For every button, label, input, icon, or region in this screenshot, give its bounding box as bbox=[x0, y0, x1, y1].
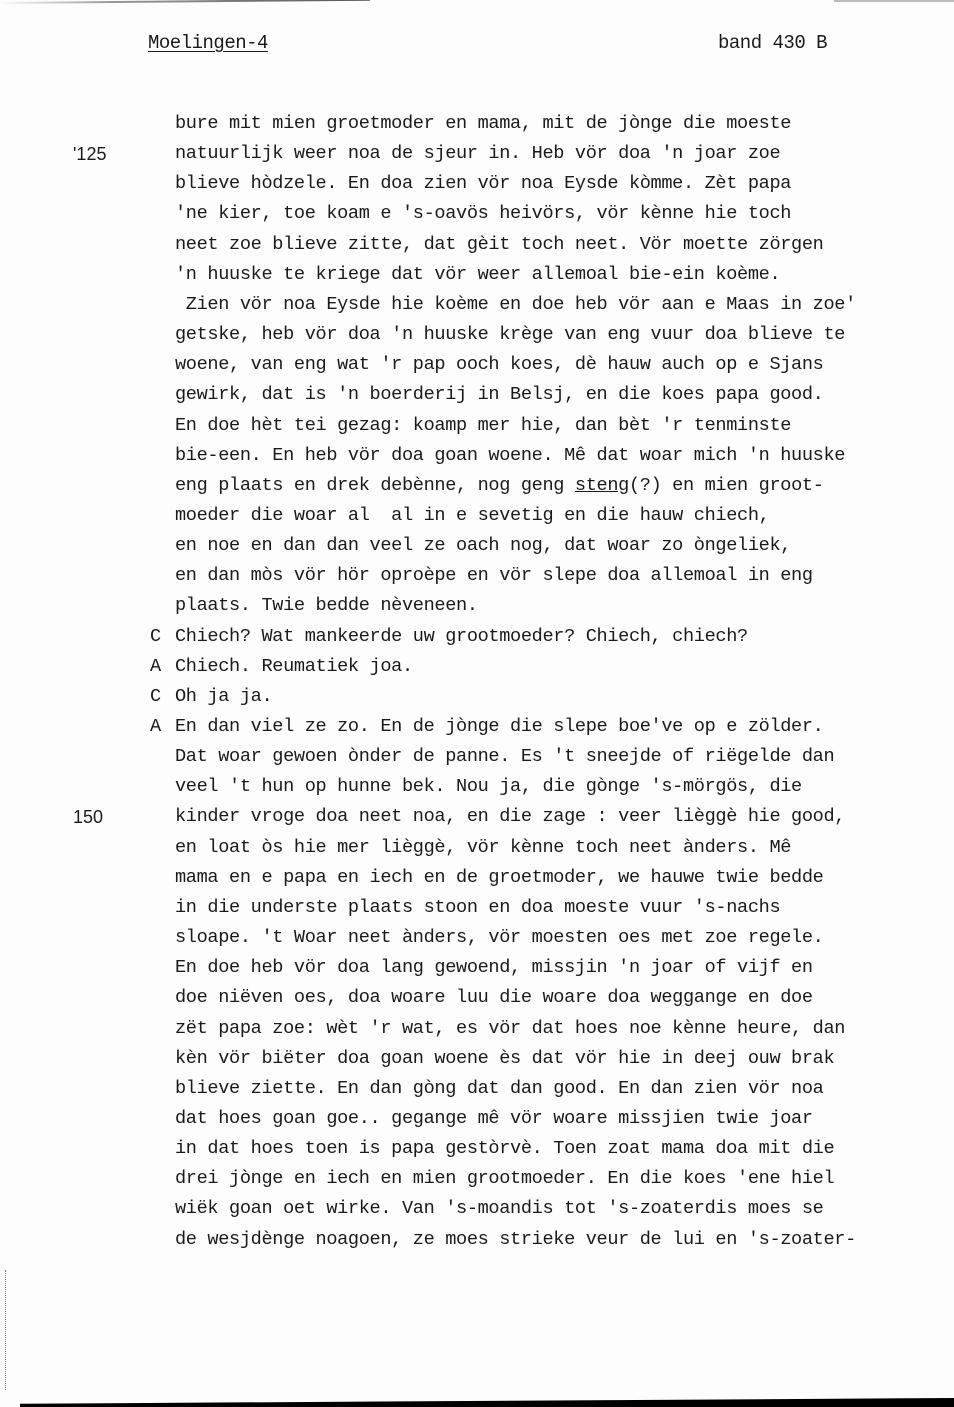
scan-artifact-bottom-bar bbox=[20, 1398, 954, 1407]
transcript-line: mama en e papa en iech en de groetmoder,… bbox=[175, 867, 824, 889]
transcript-line: en loat òs hie mer lièggè, vör kènne toc… bbox=[175, 837, 791, 859]
transcript-line: kèn vör biëter doa goan woene ès dat vör… bbox=[175, 1048, 834, 1070]
transcript-line: en noe en dan dan veel ze oach nog, dat … bbox=[175, 535, 791, 557]
speaker-label: A bbox=[150, 656, 161, 678]
transcript-line: Chiech? Wat mankeerde uw grootmoeder? Ch… bbox=[175, 626, 748, 648]
transcript-line: dat hoes goan goe.. gegange mê vör woare… bbox=[175, 1108, 813, 1130]
transcript-line: Dat woar gewoen ònder de panne. Es 't sn… bbox=[175, 746, 834, 768]
transcript-line: zët papa zoe: wèt 'r wat, es vör dat hoe… bbox=[175, 1018, 845, 1040]
transcript-line: in dat hoes toen is papa gestòrvè. Toen … bbox=[175, 1138, 834, 1160]
document-title: Moelingen-4 bbox=[148, 32, 268, 54]
transcript-line: woene, van eng wat 'r pap ooch koes, dè … bbox=[175, 354, 824, 376]
speaker-label: C bbox=[150, 626, 161, 648]
margin-line-number: '125 bbox=[73, 143, 106, 165]
margin-line-number: 150 bbox=[73, 806, 103, 828]
scan-artifact-left bbox=[5, 1270, 8, 1390]
transcript-line: Zien vör noa Eysde hie koème en doe heb … bbox=[175, 294, 856, 316]
transcript-line: Chiech. Reumatiek joa. bbox=[175, 656, 413, 678]
line-text: eng plaats en drek debènne, nog geng bbox=[175, 475, 575, 496]
transcript-line: bie-een. En heb vör doa goan woene. Mê d… bbox=[175, 445, 845, 467]
transcript-line: moeder die woar al al in e sevetig en di… bbox=[175, 505, 769, 527]
transcript-line: neet zoe blieve zitte, dat gèit toch nee… bbox=[175, 234, 824, 256]
line-text: (?) en mien groot- bbox=[629, 475, 824, 496]
transcript-line: doe niëven oes, doa woare luu die woare … bbox=[175, 987, 813, 1009]
transcript-line: en dan mòs vör hör oproèpe en vör slepe … bbox=[175, 565, 813, 587]
speaker-label: A bbox=[150, 716, 161, 738]
transcript-line: natuurlijk weer noa de sjeur in. Heb vör… bbox=[175, 143, 780, 165]
transcript-line: eng plaats en drek debènne, nog geng ste… bbox=[175, 475, 824, 497]
transcript-line: En doe hèt tei gezag: koamp mer hie, dan… bbox=[175, 415, 791, 437]
speaker-label: C bbox=[150, 686, 161, 708]
transcript-line: getske, heb vör doa 'n huuske krège van … bbox=[175, 324, 845, 346]
transcript-line: wiëk goan oet wirke. Van 's-moandis tot … bbox=[175, 1198, 824, 1220]
transcript-line: blieve hòdzele. En doa zien vör noa Eysd… bbox=[175, 173, 791, 195]
transcript-line: plaats. Twie bedde nèveneen. bbox=[175, 595, 478, 617]
transcript-line: kinder vroge doa neet noa, en die zage :… bbox=[175, 806, 845, 828]
transcript-line: veel 't hun op hunne bek. Nou ja, die gò… bbox=[175, 776, 802, 798]
document-page: Moelingen-4 band 430 B bure mit mien gro… bbox=[0, 0, 954, 1407]
transcript-line: 'n huuske te kriege dat vör weer allemoa… bbox=[175, 264, 780, 286]
transcript-line: bure mit mien groetmoder en mama, mit de… bbox=[175, 113, 791, 135]
transcript-line: sloape. 't Woar neet ànders, vör moesten… bbox=[175, 927, 824, 949]
transcript-line: de wesjdènge noagoen, ze moes strieke ve… bbox=[175, 1229, 856, 1251]
transcript-line: En dan viel ze zo. En de jònge die slepe… bbox=[175, 716, 824, 738]
transcript-line: gewirk, dat is 'n boerderij in Belsj, en… bbox=[175, 384, 824, 406]
scan-artifact-top bbox=[0, 0, 370, 4]
scan-artifact-top-right bbox=[834, 0, 954, 2]
transcript-line: blieve ziette. En dan gòng dat dan good.… bbox=[175, 1078, 824, 1100]
transcript-line: drei jònge en iech en mien grootmoeder. … bbox=[175, 1168, 834, 1190]
transcript-line: En doe heb vör doa lang gewoend, missjin… bbox=[175, 957, 813, 979]
tape-label: band 430 B bbox=[718, 32, 827, 54]
underlined-word: steng bbox=[575, 475, 629, 496]
transcript-line: in die underste plaats stoon en doa moes… bbox=[175, 897, 780, 919]
transcript-line: 'ne kier, toe koam e 's-oavös heivörs, v… bbox=[175, 203, 791, 225]
transcript-line: Oh ja ja. bbox=[175, 686, 272, 708]
